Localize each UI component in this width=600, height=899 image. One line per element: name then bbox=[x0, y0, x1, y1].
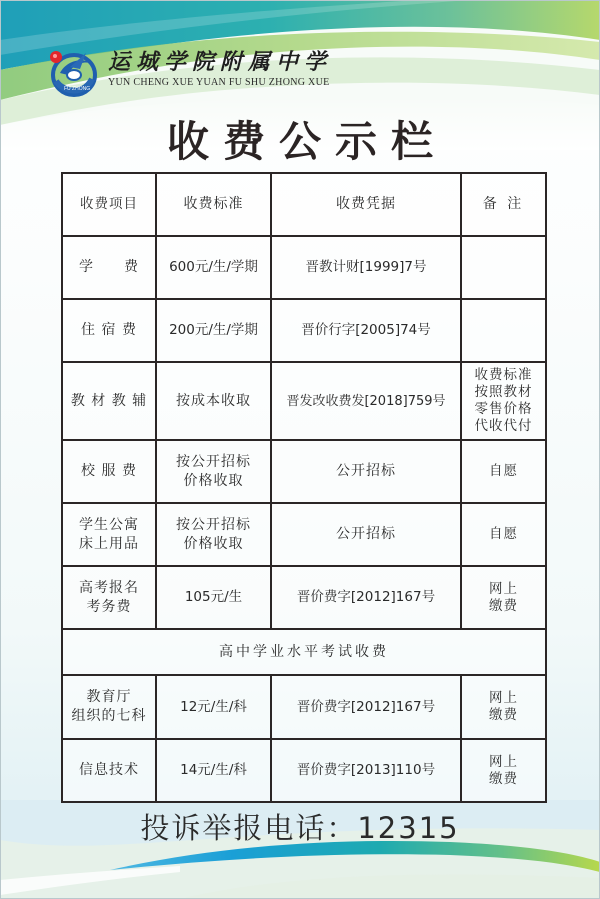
standard-cell: 按公开招标 价格收取 bbox=[156, 503, 271, 566]
standard-cell: 200元/生/学期 bbox=[156, 299, 271, 362]
basis-cell: 晋价行字[2005]74号 bbox=[271, 299, 461, 362]
item-cell: 教育厅 组织的七科 bbox=[62, 675, 156, 739]
item-cell: 教 材 教 辅 bbox=[62, 362, 156, 440]
standard-cell: 600元/生/学期 bbox=[156, 236, 271, 299]
basis-cell: 晋价费字[2012]167号 bbox=[271, 566, 461, 629]
table-row: 校 服 费 按公开招标 价格收取 公开招标 自愿 bbox=[62, 440, 546, 503]
note-cell: 自愿 bbox=[461, 503, 546, 566]
section-title: 高中学业水平考试收费 bbox=[62, 629, 546, 675]
header-basis: 收费凭据 bbox=[271, 173, 461, 236]
note-cell bbox=[461, 236, 546, 299]
header-note: 备 注 bbox=[461, 173, 546, 236]
table-row: 学生公寓 床上用品 按公开招标 价格收取 公开招标 自愿 bbox=[62, 503, 546, 566]
note-cell: 网上 缴费 bbox=[461, 566, 546, 629]
item-cell: 学生公寓 床上用品 bbox=[62, 503, 156, 566]
standard-cell: 按公开招标 价格收取 bbox=[156, 440, 271, 503]
school-name-chinese: 运城学院附属中学 bbox=[108, 49, 332, 75]
school-header: FU ZHONG 运城学院附属中学 YUN CHENG XUE YUAN FU … bbox=[46, 46, 332, 96]
page-title: 收费公示栏 bbox=[0, 114, 600, 170]
basis-cell: 晋发改收费发[2018]759号 bbox=[271, 362, 461, 440]
basis-cell: 晋价费字[2013]110号 bbox=[271, 739, 461, 802]
standard-cell: 105元/生 bbox=[156, 566, 271, 629]
item-cell: 学 费 bbox=[62, 236, 156, 299]
standard-cell: 14元/生/科 bbox=[156, 739, 271, 802]
header-item: 收费项目 bbox=[62, 173, 156, 236]
header-standard: 收费标准 bbox=[156, 173, 271, 236]
school-name-pinyin: YUN CHENG XUE YUAN FU SHU ZHONG XUE bbox=[108, 77, 332, 89]
standard-cell: 按成本收取 bbox=[156, 362, 271, 440]
complaint-hotline: 投诉举报电话：12315 bbox=[0, 806, 600, 850]
note-cell: 网上 缴费 bbox=[461, 675, 546, 739]
table-row: 学 费 600元/生/学期 晋教计财[1999]7号 bbox=[62, 236, 546, 299]
note-cell: 收费标准 按照教材 零售价格 代收代付 bbox=[461, 362, 546, 440]
item-cell: 校 服 费 bbox=[62, 440, 156, 503]
note-cell: 网上 缴费 bbox=[461, 739, 546, 802]
basis-cell: 公开招标 bbox=[271, 503, 461, 566]
fee-table: 收费项目 收费标准 收费凭据 备 注 学 费 600元/生/学期 晋教计财[19… bbox=[61, 172, 547, 803]
item-cell: 信息技术 bbox=[62, 739, 156, 802]
item-cell: 高考报名 考务费 bbox=[62, 566, 156, 629]
basis-cell: 晋价费字[2012]167号 bbox=[271, 675, 461, 739]
basis-cell: 公开招标 bbox=[271, 440, 461, 503]
note-cell bbox=[461, 299, 546, 362]
table-row: 教 材 教 辅 按成本收取 晋发改收费发[2018]759号 收费标准 按照教材… bbox=[62, 362, 546, 440]
standard-cell: 12元/生/科 bbox=[156, 675, 271, 739]
table-row: 信息技术 14元/生/科 晋价费字[2013]110号 网上 缴费 bbox=[62, 739, 546, 802]
item-cell: 住 宿 费 bbox=[62, 299, 156, 362]
table-header-row: 收费项目 收费标准 收费凭据 备 注 bbox=[62, 173, 546, 236]
school-emblem-icon: FU ZHONG bbox=[46, 45, 98, 97]
table-row: 教育厅 组织的七科 12元/生/科 晋价费字[2012]167号 网上 缴费 bbox=[62, 675, 546, 739]
svg-text:FU ZHONG: FU ZHONG bbox=[64, 86, 90, 92]
basis-cell: 晋教计财[1999]7号 bbox=[271, 236, 461, 299]
table-row: 住 宿 费 200元/生/学期 晋价行字[2005]74号 bbox=[62, 299, 546, 362]
note-cell: 自愿 bbox=[461, 440, 546, 503]
section-header-row: 高中学业水平考试收费 bbox=[62, 629, 546, 675]
table-row: 高考报名 考务费 105元/生 晋价费字[2012]167号 网上 缴费 bbox=[62, 566, 546, 629]
